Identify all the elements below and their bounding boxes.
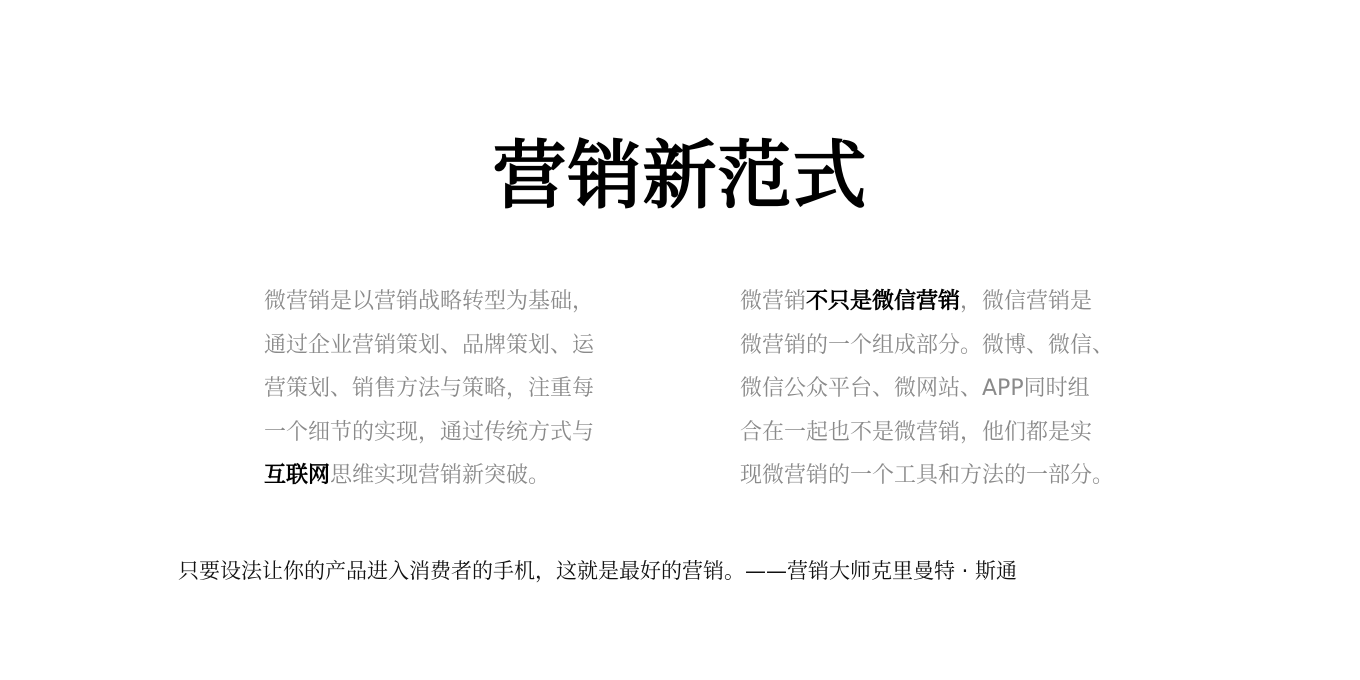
line-text: 一个细节的实现，通过传统方式与	[264, 420, 594, 445]
line-text: 通过企业营销策划、品牌策划、运	[264, 333, 594, 358]
paragraph-line: 合在一起也不是微营销，他们都是实	[740, 411, 1150, 455]
quote: 只要设法让你的产品进入消费者的手机，这就是最好的营销。——营销大师克里曼特 · …	[178, 555, 1017, 587]
line-text: ，微信营销是	[960, 289, 1092, 314]
paragraph-line: 微营销是以营销战略转型为基础，	[264, 280, 630, 324]
paragraph-line: 营策划、销售方法与策略，注重每	[264, 367, 630, 411]
paragraph-line: 一个细节的实现，通过传统方式与	[264, 411, 630, 455]
paragraph-line: 通过企业营销策划、品牌策划、运	[264, 324, 630, 368]
paragraph-line: 现微营销的一个工具和方法的一部分。	[740, 454, 1150, 498]
line-text: 思维实现营销新突破。	[330, 463, 550, 488]
line-text: 现微营销的一个工具和方法的一部分。	[740, 463, 1114, 488]
line-text: 微营销的一个组成部分。微博、微信、	[740, 333, 1114, 358]
line-text: 营策划、销售方法与策略，注重每	[264, 376, 594, 401]
paragraph-line: 微营销不只是微信营销，微信营销是	[740, 280, 1150, 324]
paragraph-line: 微信公众平台、微网站、APP同时组	[740, 367, 1150, 411]
emphasis-text: 互联网	[264, 463, 330, 488]
page-title: 营销新范式	[0, 128, 1360, 224]
line-text: 微营销	[740, 289, 806, 314]
right-paragraph: 微营销不只是微信营销，微信营销是 微营销的一个组成部分。微博、微信、 微信公众平…	[740, 280, 1150, 498]
line-text: 微营销是以营销战略转型为基础，	[264, 289, 594, 314]
paragraph-line: 互联网思维实现营销新突破。	[264, 454, 630, 498]
line-text: 微信公众平台、微网站、APP同时组	[740, 376, 1090, 401]
emphasis-text: 不只是微信营销	[806, 289, 960, 314]
left-paragraph: 微营销是以营销战略转型为基础， 通过企业营销策划、品牌策划、运 营策划、销售方法…	[264, 280, 630, 498]
paragraph-line: 微营销的一个组成部分。微博、微信、	[740, 324, 1150, 368]
line-text: 合在一起也不是微营销，他们都是实	[740, 420, 1092, 445]
